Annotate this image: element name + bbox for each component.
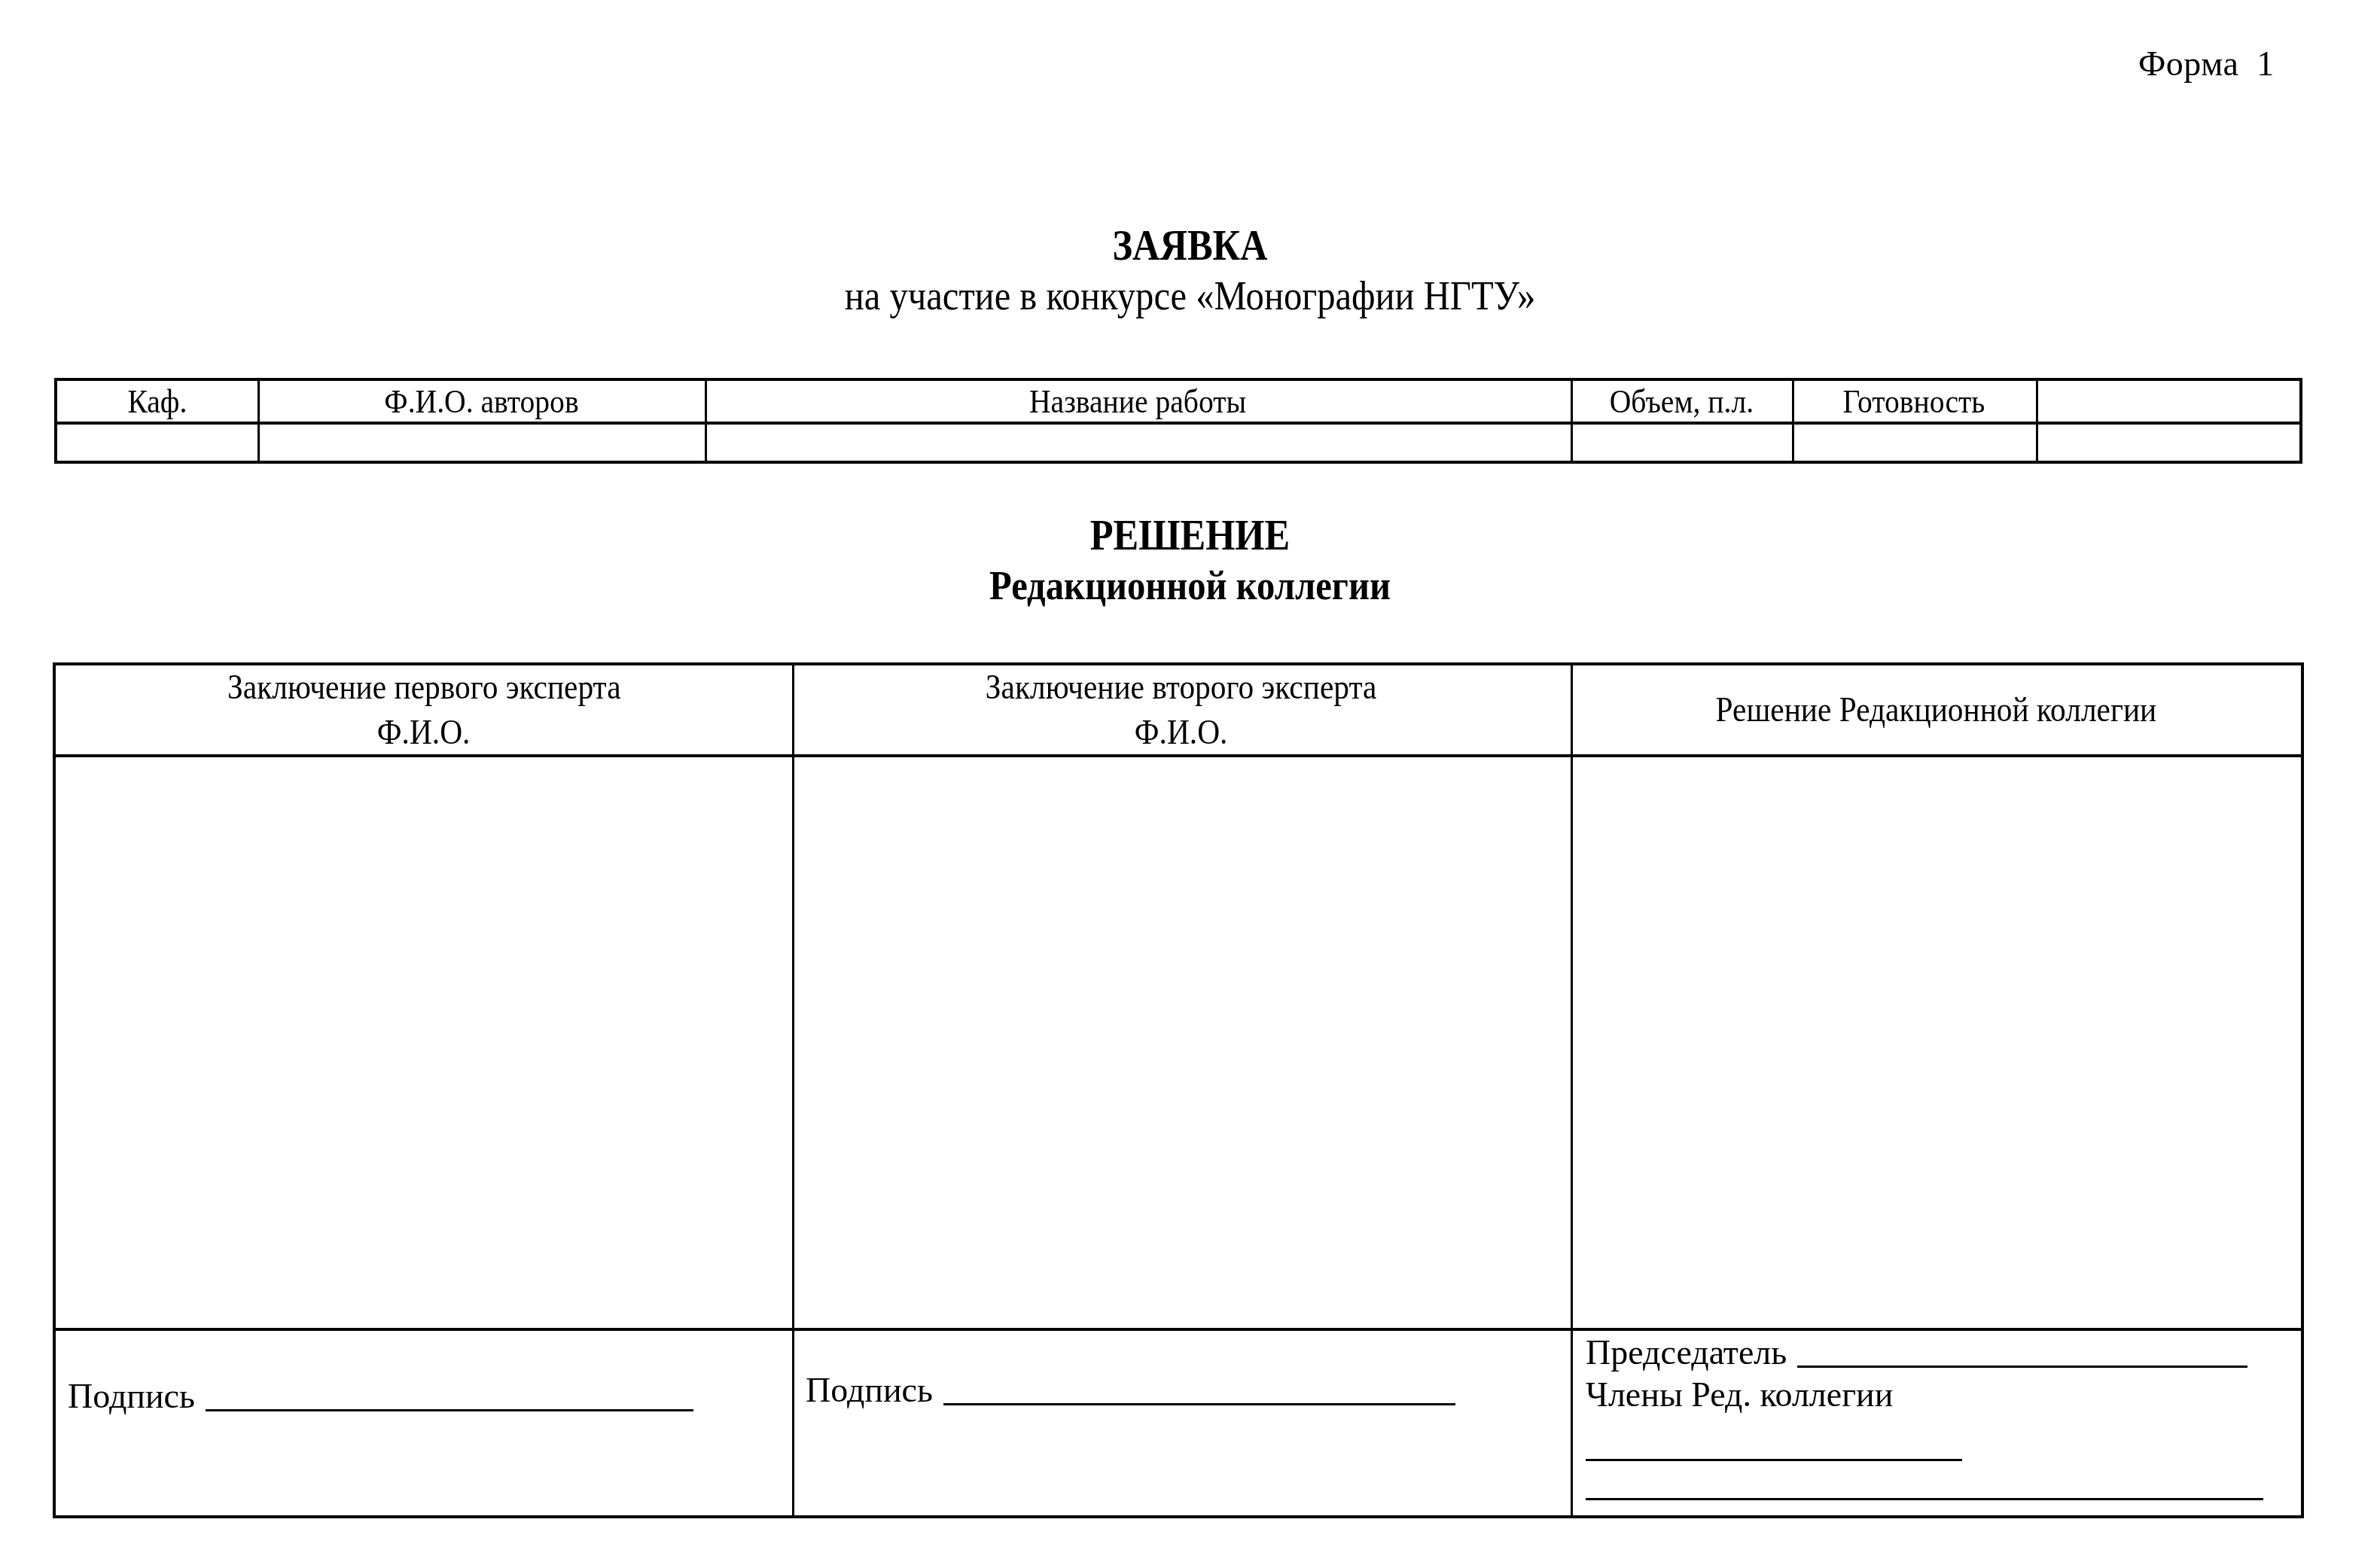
decision-title: РЕШЕНИЕ: [119, 512, 2261, 560]
member-signature-line-1[interactable]: [1586, 1459, 1962, 1461]
header-second-expert: Заключение второго эксперта Ф.И.О.: [792, 665, 1571, 754]
members-label: Члены Ред. коллегии: [1586, 1375, 1893, 1414]
cell-authors[interactable]: [258, 425, 705, 464]
member-signature-line-2[interactable]: [1586, 1498, 2263, 1500]
header-authors: Ф.И.О. авторов: [258, 381, 705, 422]
form-number: Форма 1: [2138, 44, 2275, 84]
header-board-decision: Решение Редакционной коллегии: [1571, 665, 2301, 754]
cell-extra[interactable]: [2036, 425, 2299, 464]
first-expert-signature: Подпись: [68, 1376, 693, 1416]
chairman-signature: Председатель: [1586, 1332, 2247, 1372]
second-expert-signature: Подпись: [806, 1370, 1455, 1410]
header-volume: Объем, п.л.: [1571, 381, 1792, 422]
board-decision-text[interactable]: [1571, 757, 2301, 1328]
cell-department[interactable]: [57, 425, 258, 464]
decision-subtitle: Редакционной коллегии: [119, 562, 2261, 609]
board-signature-cell: Председатель Члены Ред. коллегии: [1571, 1331, 2301, 1515]
members-label-row: Члены Ред. коллегии: [1586, 1375, 1893, 1414]
first-expert-signature-cell: Подпись: [56, 1331, 792, 1515]
chairman-label: Председатель: [1586, 1332, 1787, 1372]
signature-line[interactable]: [943, 1403, 1455, 1405]
header-readiness: Готовность: [1792, 381, 2036, 422]
second-expert-signature-cell: Подпись: [792, 1331, 1571, 1515]
chairman-signature-line[interactable]: [1797, 1366, 2247, 1368]
header-department: Каф.: [57, 381, 258, 422]
header-work-title: Название работы: [705, 381, 1571, 422]
signature-label: Подпись: [68, 1376, 195, 1416]
signature-line[interactable]: [206, 1409, 693, 1411]
first-expert-conclusion[interactable]: [56, 757, 792, 1328]
second-expert-conclusion[interactable]: [792, 757, 1571, 1328]
decision-table: Заключение первого эксперта Ф.И.О. Заклю…: [53, 662, 2304, 1518]
cell-readiness[interactable]: [1792, 425, 2036, 464]
application-table: Каф. Ф.И.О. авторов Название работы Объе…: [54, 378, 2302, 464]
header-first-expert: Заключение первого эксперта Ф.И.О.: [56, 665, 792, 754]
header-extra: [2036, 381, 2299, 422]
signature-label: Подпись: [806, 1370, 933, 1410]
cell-volume[interactable]: [1571, 425, 1792, 464]
application-subtitle: на участие в конкурсе «Монографии НГТУ»: [119, 273, 2261, 319]
application-title: ЗАЯВКА: [119, 222, 2261, 270]
cell-work-title[interactable]: [705, 425, 1571, 464]
